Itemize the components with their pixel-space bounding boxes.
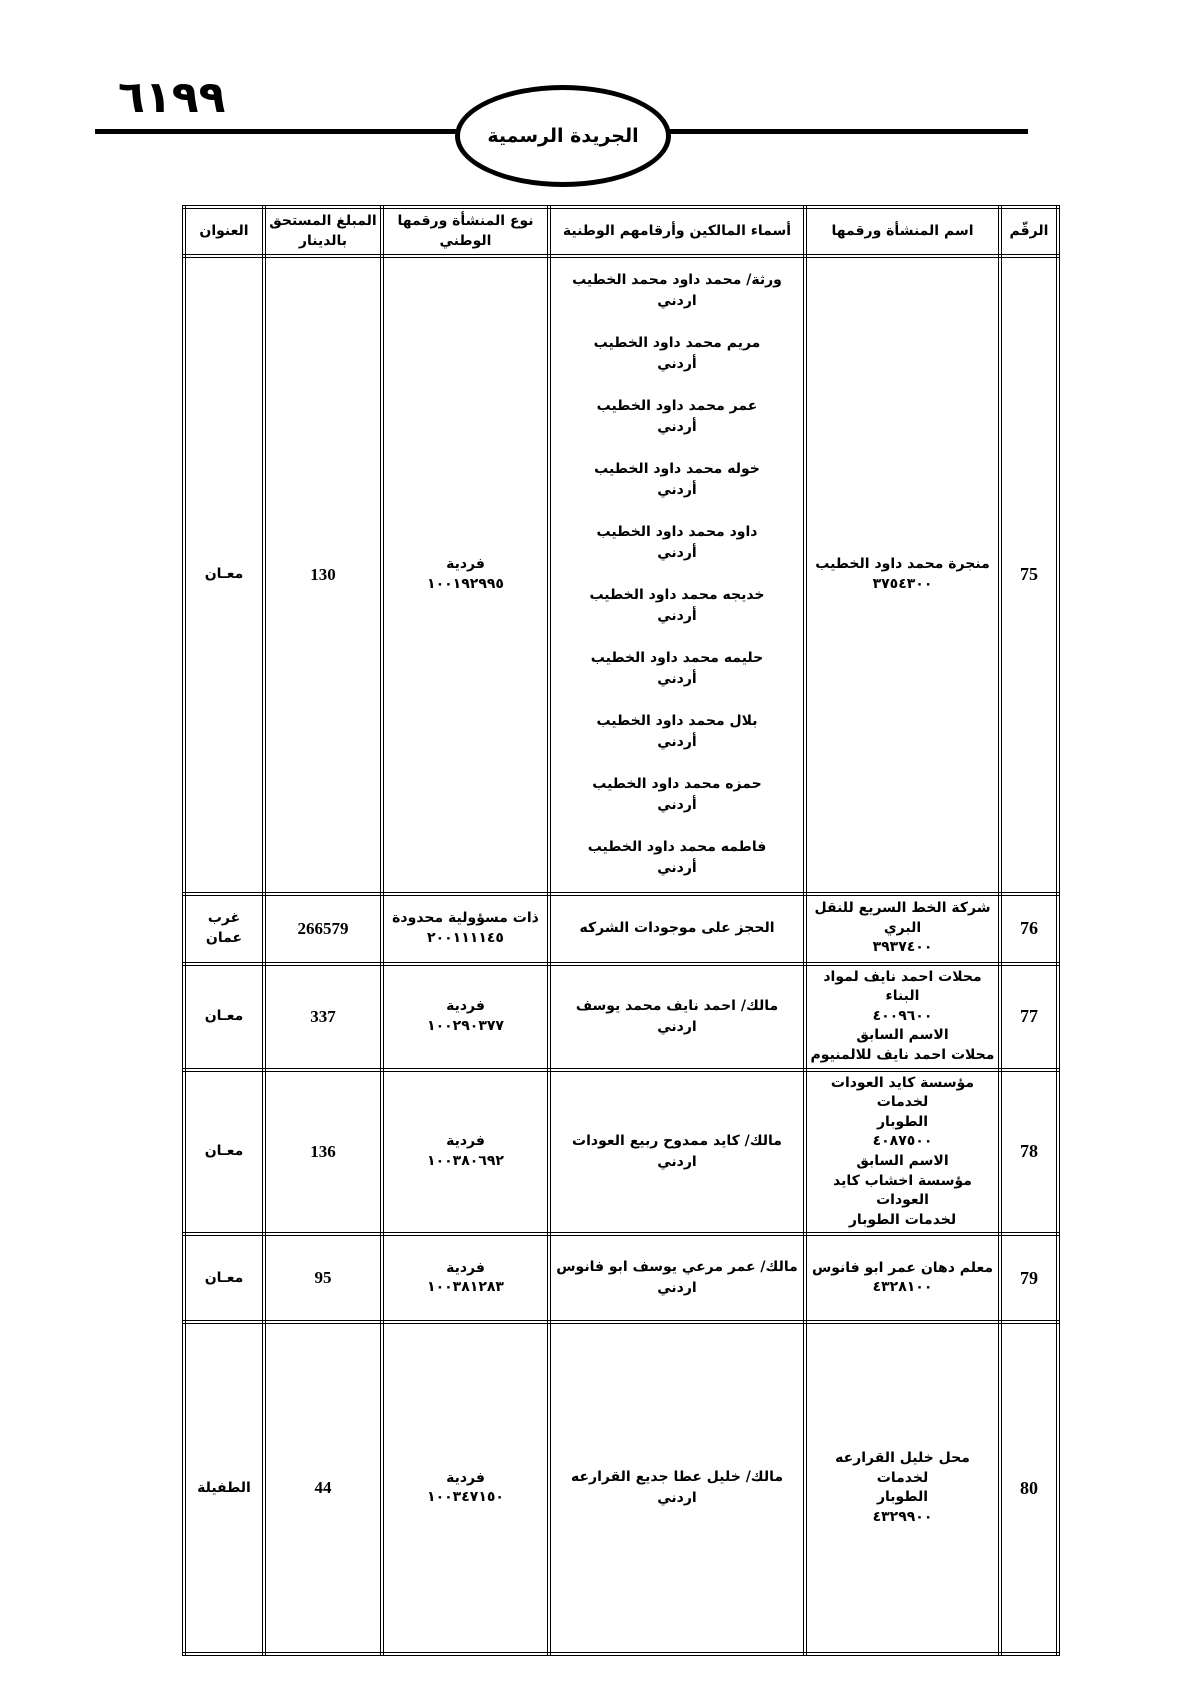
establishment-type-cell: ذات مسؤولية محدودة ٢٠٠١١١١٤٥ xyxy=(382,894,549,964)
establishment-type-cell: فردية ١٠٠١٩٢٩٩٥ xyxy=(382,256,549,894)
owners-cell: مالك/ خليل عطا جديع القرارعه اردني xyxy=(549,1322,805,1654)
table-row-75: 75 منجرة محمد داود الخطيب ٣٧٥٤٣٠٠ ورثة/ … xyxy=(184,256,1058,894)
address-cell: معـان xyxy=(184,1070,264,1235)
owners-cell: مالك/ احمد نايف محمد يوسف اردني xyxy=(549,964,805,1070)
gazette-seal: الجريدة الرسمية xyxy=(455,85,671,187)
address-cell: الطفيلة xyxy=(184,1322,264,1654)
establishment-name-cell: معلم دهان عمر ابو فانوس ٤٣٢٨١٠٠ xyxy=(805,1234,1000,1322)
establishment-type-cell: فردية ١٠٠٣٨١٢٨٣ xyxy=(382,1234,549,1322)
gazette-title: الجريدة الرسمية xyxy=(487,125,638,147)
page-number: ٦١٩٩ xyxy=(118,72,225,123)
table-header-row: الرقّم اسم المنشأة ورقمها أسماء المالكين… xyxy=(184,207,1058,256)
col-header-establishment-name: اسم المنشأة ورقمها xyxy=(805,207,1000,256)
establishment-type-cell: فردية ١٠٠٣٨٠٦٩٢ xyxy=(382,1070,549,1235)
address-cell: معـان xyxy=(184,964,264,1070)
row-number: 80 xyxy=(1000,1322,1058,1654)
col-header-number: الرقّم xyxy=(1000,207,1058,256)
address-cell: معـان xyxy=(184,256,264,894)
owners-cell: الحجز على موجودات الشركه xyxy=(549,894,805,964)
establishment-name-cell: مؤسسة كايد العودات لخدمات الطوبار ٤٠٨٧٥٠… xyxy=(805,1070,1000,1235)
owners-cell: مالك/ كايد ممدوح ربيع العودات اردني xyxy=(549,1070,805,1235)
owners-cell: ورثة/ محمد داود محمد الخطيب اردني مريم م… xyxy=(549,256,805,894)
amount-due-cell: 44 xyxy=(264,1322,382,1654)
establishment-name-cell: محل خليل القرارعه لخدمات الطوبار ٤٣٢٩٩٠٠ xyxy=(805,1322,1000,1654)
amount-due-cell: 95 xyxy=(264,1234,382,1322)
col-header-establishment-type: نوع المنشأة ورقمها الوطني xyxy=(382,207,549,256)
col-header-amount-due: المبلغ المستحق بالدينار xyxy=(264,207,382,256)
amount-due-cell: 130 xyxy=(264,256,382,894)
row-number: 77 xyxy=(1000,964,1058,1070)
col-header-owners: أسماء المالكين وأرقامهم الوطنية xyxy=(549,207,805,256)
address-cell: غرب عمان xyxy=(184,894,264,964)
amount-due-cell: 337 xyxy=(264,964,382,1070)
establishment-type-cell: فردية ١٠٠٣٤٧١٥٠ xyxy=(382,1322,549,1654)
row-number: 78 xyxy=(1000,1070,1058,1235)
owners-cell: مالك/ عمر مرعي يوسف ابو فانوس اردني xyxy=(549,1234,805,1322)
establishment-type-cell: فردية ١٠٠٢٩٠٣٧٧ xyxy=(382,964,549,1070)
table-row-77: 77 محلات احمد نايف لمواد البناء ٤٠٠٩٦٠٠ … xyxy=(184,964,1058,1070)
row-number: 79 xyxy=(1000,1234,1058,1322)
address-cell: معـان xyxy=(184,1234,264,1322)
establishments-table-container: الرقّم اسم المنشأة ورقمها أسماء المالكين… xyxy=(182,205,1060,1656)
table-row-76: 76 شركة الخط السريع للنقل البري ٣٩٣٧٤٠٠ … xyxy=(184,894,1058,964)
row-number: 76 xyxy=(1000,894,1058,964)
amount-due-cell: 266579 xyxy=(264,894,382,964)
table-row-80: 80 محل خليل القرارعه لخدمات الطوبار ٤٣٢٩… xyxy=(184,1322,1058,1654)
row-number: 75 xyxy=(1000,256,1058,894)
col-header-address: العنوان xyxy=(184,207,264,256)
establishment-name-cell: محلات احمد نايف لمواد البناء ٤٠٠٩٦٠٠ الا… xyxy=(805,964,1000,1070)
establishment-name-cell: شركة الخط السريع للنقل البري ٣٩٣٧٤٠٠ xyxy=(805,894,1000,964)
establishments-table: الرقّم اسم المنشأة ورقمها أسماء المالكين… xyxy=(182,205,1060,1656)
amount-due-cell: 136 xyxy=(264,1070,382,1235)
table-row-79: 79 معلم دهان عمر ابو فانوس ٤٣٢٨١٠٠ مالك/… xyxy=(184,1234,1058,1322)
establishment-name-cell: منجرة محمد داود الخطيب ٣٧٥٤٣٠٠ xyxy=(805,256,1000,894)
table-row-78: 78 مؤسسة كايد العودات لخدمات الطوبار ٤٠٨… xyxy=(184,1070,1058,1235)
